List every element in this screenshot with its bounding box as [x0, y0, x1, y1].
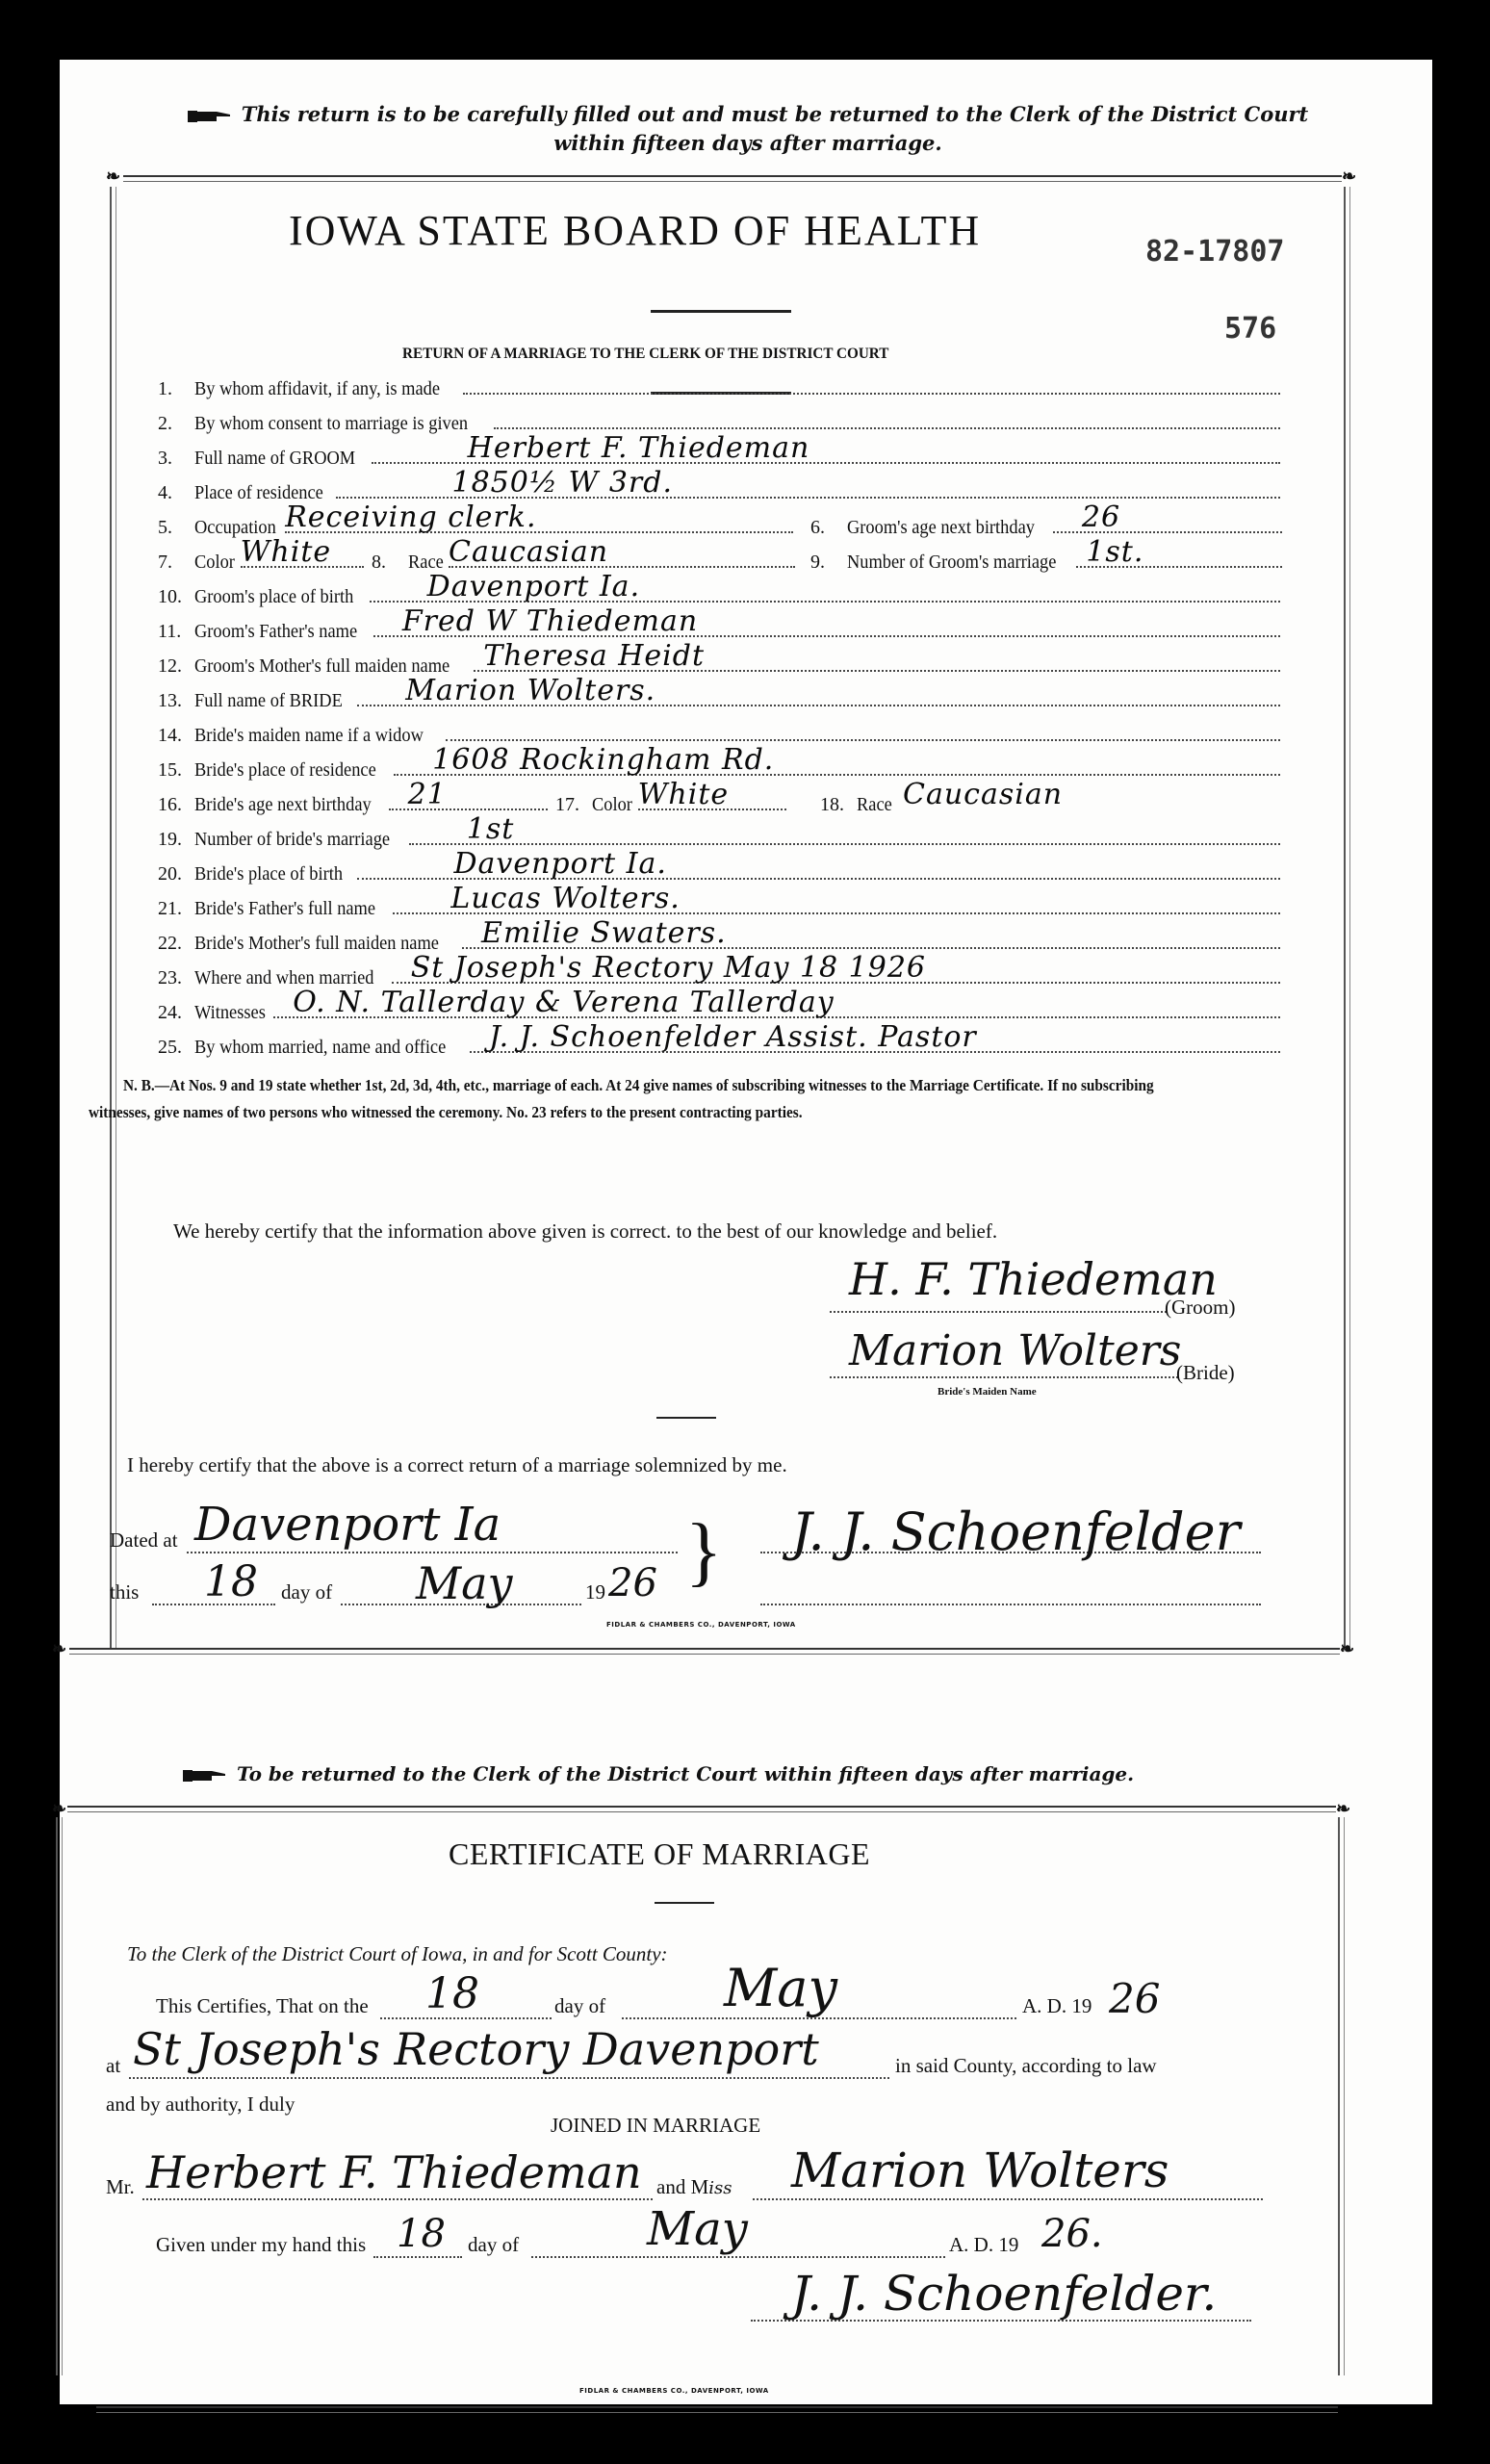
certificate-place-input[interactable] [129, 2077, 889, 2079]
affidavit-input[interactable] [463, 370, 1280, 395]
top-notice: This return is to be carefully filled ou… [137, 100, 1359, 158]
month-value: May [416, 1557, 513, 1609]
frame-bottom-border [69, 1648, 1340, 1655]
bride-signature-line[interactable] [830, 1376, 1178, 1378]
witnesses-input[interactable]: O. N. Tallerday & Verena Tallerday [273, 993, 1280, 1018]
title-rule [651, 310, 791, 313]
bride-father-input[interactable]: Lucas Wolters. [393, 889, 1280, 914]
groom-color-input[interactable]: White [241, 543, 364, 568]
this-label: this [110, 1580, 139, 1604]
officiant-signature: J. J. Schoenfelder [791, 1501, 1240, 1562]
certificate-bride-value: Marion Wolters [791, 2143, 1169, 2198]
groom-residence-input[interactable]: 1850½ W 3rd. [336, 474, 1280, 499]
field-groom-age: 6.Groom's age next birthday 26 [810, 508, 1282, 543]
groom-mother-input[interactable]: Theresa Heidt [474, 647, 1280, 672]
pointing-hand-icon [183, 1768, 227, 1784]
bride-mother-input[interactable]: Emilie Swaters. [462, 924, 1280, 949]
stamp-number: 82-17807 [1145, 235, 1285, 269]
frame-left-border [56, 1817, 63, 2375]
frame-left-border [110, 187, 116, 1650]
middle-notice: To be returned to the Clerk of the Distr… [183, 1759, 1134, 1788]
frame-top-border [67, 1806, 1336, 1812]
frame-right-border [1338, 1817, 1345, 2375]
bride-age-input[interactable]: 21 [389, 785, 548, 810]
given-ad-label: A. D. 19 [949, 2233, 1018, 2257]
groom-signature-line[interactable] [830, 1311, 1167, 1313]
certificate-address: To the Clerk of the District Court of Io… [127, 1942, 668, 1966]
dated-at-value: Davenport Ia [194, 1498, 501, 1552]
certificate-groom-value: Herbert F. Thiedeman [146, 2146, 642, 2198]
frame-top-border [123, 175, 1342, 182]
bride-maiden-name-caption: Bride's Maiden Name [938, 1386, 1037, 1398]
and-miss-label: and Miss [656, 2175, 732, 2199]
certificate-place-value: St Joseph's Rectory Davenport [133, 2023, 819, 2075]
certificate-day-value: 18 [425, 1969, 479, 2018]
certificate-year-value: 26 [1109, 1975, 1160, 2022]
instructions-note: N. B.—At Nos. 9 and 19 state whether 1st… [89, 1072, 1215, 1126]
field-groom-mother: 12.Groom's Mother's full maiden name The… [158, 647, 1280, 681]
bride-marriage-number-input[interactable]: 1st [409, 820, 1280, 845]
frame-corner-ornament: ❧ [52, 1640, 66, 1657]
dated-at-input[interactable] [187, 1552, 678, 1553]
record-number: 576 [1224, 312, 1276, 346]
field-bride-marriage-number: 19.Number of bride's marriage 1st [158, 820, 1280, 855]
frame-right-border [1344, 187, 1350, 1650]
printer-imprint: FIDLAR & CHAMBERS CO., DAVENPORT, IOWA [606, 1621, 796, 1629]
officiant-signature-line-2[interactable] [760, 1604, 1261, 1605]
given-month-value: May [647, 2202, 748, 2256]
form-subtitle: RETURN OF A MARRIAGE TO THE CLERK OF THE… [402, 346, 888, 363]
frame-bottom-border [96, 2406, 1338, 2413]
groom-name-input[interactable]: Herbert F. Thiedeman [372, 439, 1280, 464]
given-year-value: 26. [1041, 2212, 1103, 2256]
field-groom-father: 11.Groom's Father's name Fred W Thiedema… [158, 612, 1280, 647]
groom-father-input[interactable]: Fred W Thiedeman [373, 612, 1280, 637]
year-value: 26 [608, 1561, 657, 1605]
field-bride-name: 13.Full name of BRIDE Marion Wolters. [158, 681, 1280, 716]
groom-age-input[interactable]: 26 [1053, 508, 1282, 533]
field-groom-name: 3.Full name of GROOM Herbert F. Thiedema… [158, 439, 1280, 474]
form-title: IOWA STATE BOARD OF HEALTH [289, 206, 981, 255]
pointing-hand-icon [188, 109, 232, 124]
groom-race-input[interactable]: Caucasian [449, 543, 795, 568]
given-month-input[interactable] [531, 2256, 945, 2258]
where-when-married-input[interactable]: St Joseph's Rectory May 18 1926 [392, 959, 1280, 984]
given-label: Given under my hand this [156, 2233, 366, 2257]
bride-name-input[interactable]: Marion Wolters. [357, 681, 1280, 706]
groom-marriage-number-input[interactable]: 1st. [1076, 543, 1282, 568]
bride-race-input[interactable]: Caucasian [897, 785, 1282, 810]
marriage-record-paper: This return is to be carefully filled ou… [60, 60, 1432, 2404]
field-bride-race: 18.Race Caucasian [820, 785, 1282, 820]
authority-text: and by authority, I duly [106, 2092, 295, 2117]
given-day-value: 18 [397, 2212, 446, 2256]
officiant-input[interactable]: J. J. Schoenfelder Assist. Pastor [470, 1028, 1280, 1053]
county-text: in said County, according to law [895, 2054, 1157, 2078]
groom-signature: H. F. Thiedeman [849, 1253, 1218, 1305]
certificate-bride-input[interactable] [753, 2198, 1263, 2200]
given-day-of-label: day of [468, 2233, 519, 2257]
couple-certification-text: We hereby certify that the information a… [173, 1219, 997, 1244]
given-day-input[interactable] [373, 2256, 462, 2258]
frame-corner-ornament: ❧ [52, 1800, 66, 1817]
frame-corner-ornament: ❧ [1340, 1640, 1354, 1657]
joined-label: JOINED IN MARRIAGE [551, 2114, 760, 2138]
field-groom-color: 7.Color White [158, 543, 364, 577]
certificate-groom-input[interactable] [142, 2198, 653, 2200]
occupation-input[interactable]: Receiving clerk. [285, 508, 793, 533]
certificate-ad-label: A. D. 19 [1022, 1994, 1092, 2018]
at-label: at [106, 2054, 120, 2078]
field-groom-marriage-number: 9.Number of Groom's marriage 1st. [810, 543, 1282, 577]
certificate-title: CERTIFICATE OF MARRIAGE [449, 1836, 870, 1872]
mr-label: Mr. [106, 2175, 135, 2199]
bride-residence-input[interactable]: 1608 Rockingham Rd. [394, 751, 1280, 776]
bride-birthplace-input[interactable]: Davenport Ia. [357, 855, 1280, 880]
certificate-officiant-signature: J. J. Schoenfelder. [791, 2266, 1217, 2322]
field-affidavit: 1.By whom affidavit, if any, is made [158, 370, 1280, 404]
bride-label: (Bride) [1176, 1361, 1235, 1385]
field-bride-birthplace: 20.Bride's place of birth Davenport Ia. [158, 855, 1280, 889]
day-of-label: day of [281, 1580, 332, 1604]
certificate-title-rule [655, 1902, 714, 1904]
field-bride-color: 17.Color White [555, 785, 786, 820]
day-value: 18 [204, 1557, 258, 1606]
dated-at-label: Dated at [110, 1528, 178, 1553]
frame-corner-ornament: ❧ [106, 167, 120, 185]
field-officiant: 25.By whom married, name and office J. J… [158, 1028, 1280, 1063]
officiant-certification-text: I hereby certify that the above is a cor… [127, 1453, 787, 1477]
bride-maiden-name-input[interactable] [446, 716, 1280, 741]
frame-corner-ornament: ❧ [1336, 1800, 1350, 1817]
certifies-label: This Certifies, That on the [156, 1994, 369, 2018]
bracket: } [685, 1513, 722, 1590]
groom-birthplace-input[interactable]: Davenport Ia. [370, 577, 1280, 603]
section-rule [656, 1417, 716, 1419]
bride-color-input[interactable]: White [638, 785, 786, 810]
bride-signature: Marion Wolters [849, 1326, 1181, 1375]
certificate-printer-imprint: FIDLAR & CHAMBERS CO., DAVENPORT, IOWA [579, 2387, 769, 2395]
consent-input[interactable] [494, 404, 1280, 429]
frame-corner-ornament: ❧ [1342, 167, 1356, 185]
certificate-day-of-label: day of [554, 1994, 605, 2018]
field-groom-birthplace: 10.Groom's place of birth Davenport Ia. [158, 577, 1280, 612]
groom-label: (Groom) [1165, 1296, 1235, 1320]
certificate-month-value: May [724, 1958, 837, 2018]
year-prefix: 19 [585, 1580, 605, 1604]
